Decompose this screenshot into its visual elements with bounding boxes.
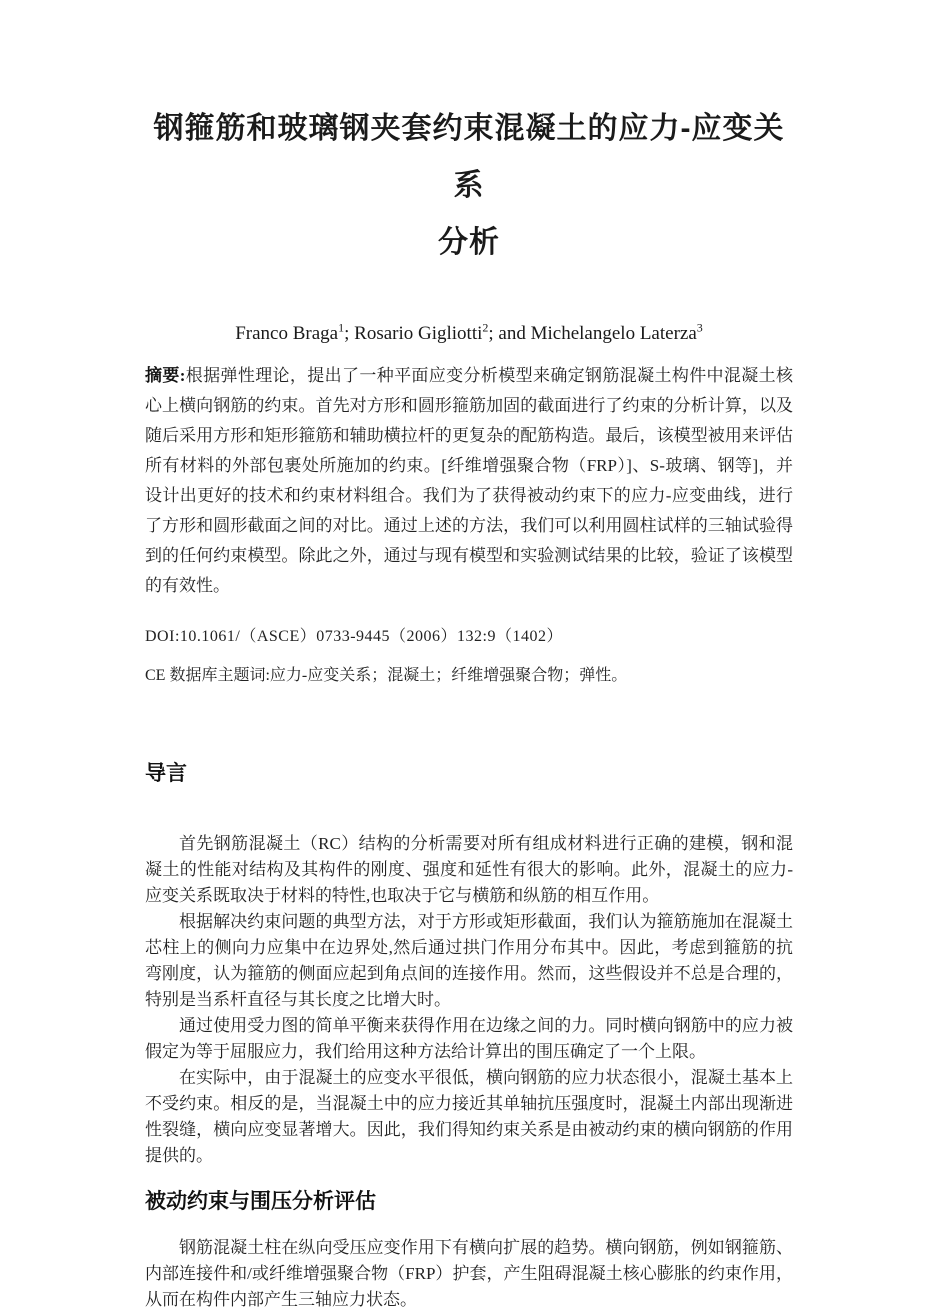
- doi-line: DOI:10.1061/（ASCE）0733-9445（2006）132:9（1…: [145, 623, 793, 646]
- paper-title: 钢箍筋和玻璃钢夹套约束混凝土的应力-应变关系 分析: [145, 100, 793, 271]
- introduction-paragraph-3: 通过使用受力图的简单平衡来获得作用在边缘之间的力。同时横向钢筋中的应力被假定为等…: [145, 1013, 793, 1065]
- introduction-paragraph-1: 首先钢筋混凝土（RC）结构的分析需要对所有组成材料进行正确的建模，钢和混凝土的性…: [145, 831, 793, 909]
- paper-title-line2: 分析: [438, 226, 500, 259]
- author-3-superscript: 3: [697, 321, 703, 335]
- passive-confinement-paragraph-1: 钢筋混凝土柱在纵向受压应变作用下有横向扩展的趋势。横向钢筋，例如钢箍筋、内部连接…: [145, 1235, 793, 1309]
- ce-keywords-line: CE 数据库主题词:应力-应变关系；混凝土；纤维增强聚合物；弹性。: [145, 662, 793, 685]
- introduction-paragraph-4: 在实际中，由于混凝土的应变水平很低，横向钢筋的应力状态很小，混凝土基本上不受约束…: [145, 1065, 793, 1169]
- author-separator-2: ; and: [488, 323, 530, 344]
- author-1-name: Franco Braga: [235, 323, 338, 344]
- author-2-name: Rosario Gigliotti: [354, 323, 482, 344]
- paper-title-line1: 钢箍筋和玻璃钢夹套约束混凝土的应力-应变关系: [154, 112, 785, 202]
- author-line: Franco Braga1; Rosario Gigliotti2; and M…: [145, 323, 793, 345]
- introduction-paragraph-2: 根据解决约束问题的典型方法，对于方形或矩形截面，我们认为箍筋施加在混凝土芯柱上的…: [145, 909, 793, 1013]
- document-page: { "doc": { "title": { "line1": "钢箍筋和玻璃钢夹…: [0, 0, 925, 1309]
- page-content: 钢箍筋和玻璃钢夹套约束混凝土的应力-应变关系 分析 Franco Braga1;…: [145, 0, 793, 1309]
- section-heading-introduction: 导言: [145, 757, 793, 787]
- author-separator-1: ;: [344, 323, 354, 344]
- section-heading-passive-confinement: 被动约束与围压分析评估: [145, 1185, 793, 1215]
- author-3-name: Michelangelo Laterza: [531, 323, 697, 344]
- abstract-paragraph: 摘要:根据弹性理论，提出了一种平面应变分析模型来确定钢筋混凝土构件中混凝土核心上…: [145, 361, 793, 601]
- abstract-text: 根据弹性理论，提出了一种平面应变分析模型来确定钢筋混凝土构件中混凝土核心上横向钢…: [145, 366, 793, 595]
- abstract-label: 摘要:: [145, 366, 185, 385]
